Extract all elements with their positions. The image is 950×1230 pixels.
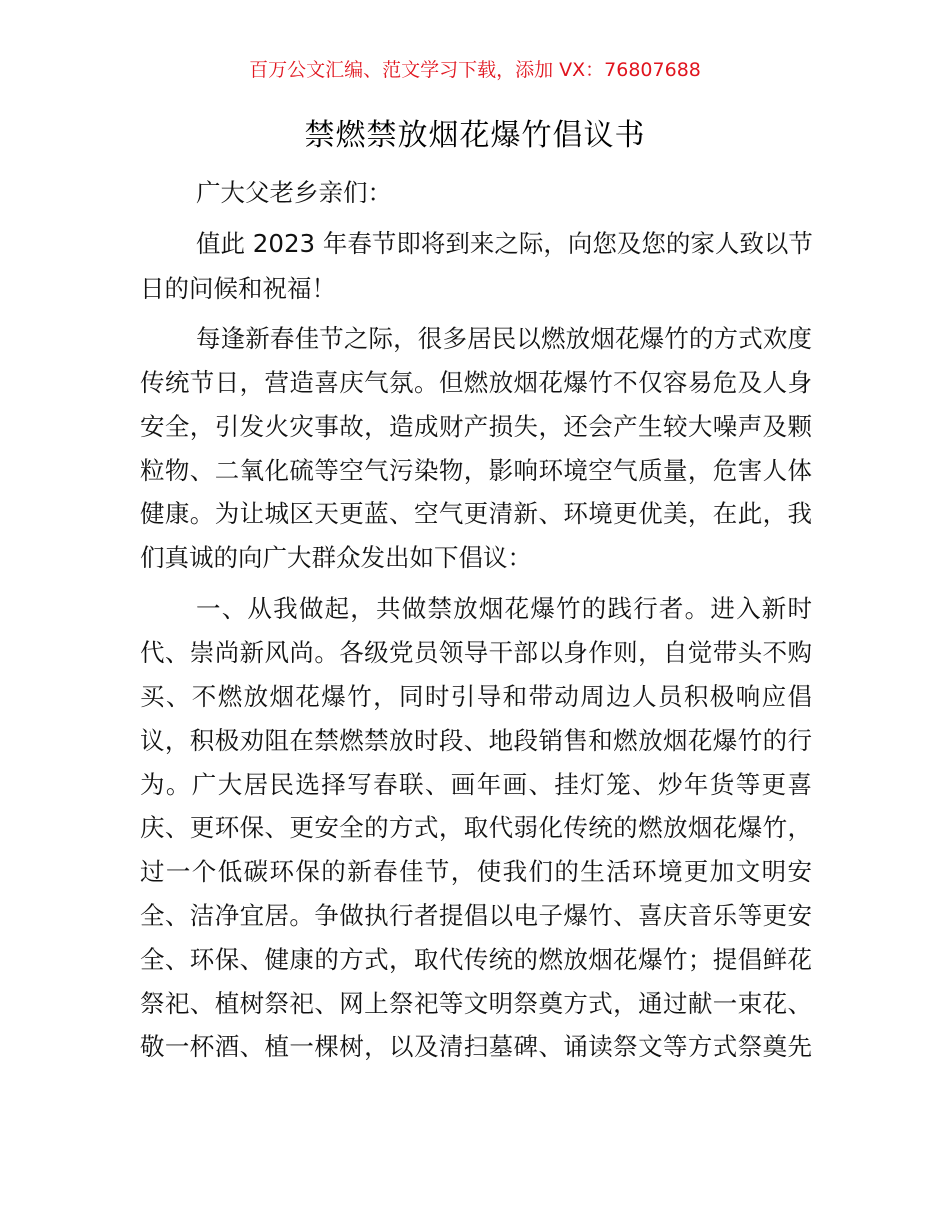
paragraph-2-line-3: 安全，引发火灾事故，造成财产损失，还会产生较大噪声及颗 xyxy=(140,411,812,443)
paragraph-2-line-6: 们真诚的向广大群众发出如下倡议： xyxy=(140,542,812,574)
paragraph-2-line-4: 粒物、二氧化硫等空气污染物，影响环境空气质量，危害人体 xyxy=(140,455,812,487)
paragraph-3-line-3: 买、不燃放烟花爆竹，同时引导和带动周边人员积极响应倡 xyxy=(140,681,812,713)
paragraph-3-line-6: 庆、更环保、更安全的方式，取代弱化传统的燃放烟花爆竹， xyxy=(140,812,812,844)
paragraph-2-line-1: 每逢新春佳节之际，很多居民以燃放烟花爆竹的方式欢度 xyxy=(196,323,812,355)
header-watermark-note: 百万公文汇编、范文学习下载，添加 VX：76807688 xyxy=(0,57,950,83)
paragraph-3-line-5: 为。广大居民选择写春联、画年画、挂灯笼、炒年货等更喜 xyxy=(140,769,812,801)
paragraph-3-line-7: 过一个低碳环保的新春佳节，使我们的生活环境更加文明安 xyxy=(140,856,812,888)
document-title: 禁燃禁放烟花爆竹倡议书 xyxy=(0,116,950,156)
paragraph-3-line-4: 议，积极劝阻在禁燃禁放时段、地段销售和燃放烟花爆竹的行 xyxy=(140,725,812,757)
paragraph-2-line-5: 健康。为让城区天更蓝、空气更清新、环境更优美，在此，我 xyxy=(140,498,812,530)
paragraph-2-line-2: 传统节日，营造喜庆气氛。但燃放烟花爆竹不仅容易危及人身 xyxy=(140,367,812,399)
paragraph-3-line-2: 代、崇尚新风尚。各级党员领导干部以身作则，自觉带头不购 xyxy=(140,637,812,669)
paragraph-1-line-1: 值此 2023 年春节即将到来之际，向您及您的家人致以节 xyxy=(196,228,812,260)
paragraph-3-line-1: 一、从我做起，共做禁放烟花爆竹的践行者。进入新时 xyxy=(196,593,812,625)
paragraph-3-line-8: 全、洁净宜居。争做执行者提倡以电子爆竹、喜庆音乐等更安 xyxy=(140,900,812,932)
paragraph-1-line-2: 日的问候和祝福！ xyxy=(140,273,812,305)
salutation: 广大父老乡亲们： xyxy=(196,177,812,209)
paragraph-3-line-11: 敬一杯酒、植一棵树，以及清扫墓碑、诵读祭文等方式祭奠先 xyxy=(140,1031,812,1063)
paragraph-3-line-9: 全、环保、健康的方式，取代传统的燃放烟花爆竹；提倡鲜花 xyxy=(140,944,812,976)
paragraph-3-line-10: 祭祀、植树祭祀、网上祭祀等文明祭奠方式，通过献一束花、 xyxy=(140,988,812,1020)
